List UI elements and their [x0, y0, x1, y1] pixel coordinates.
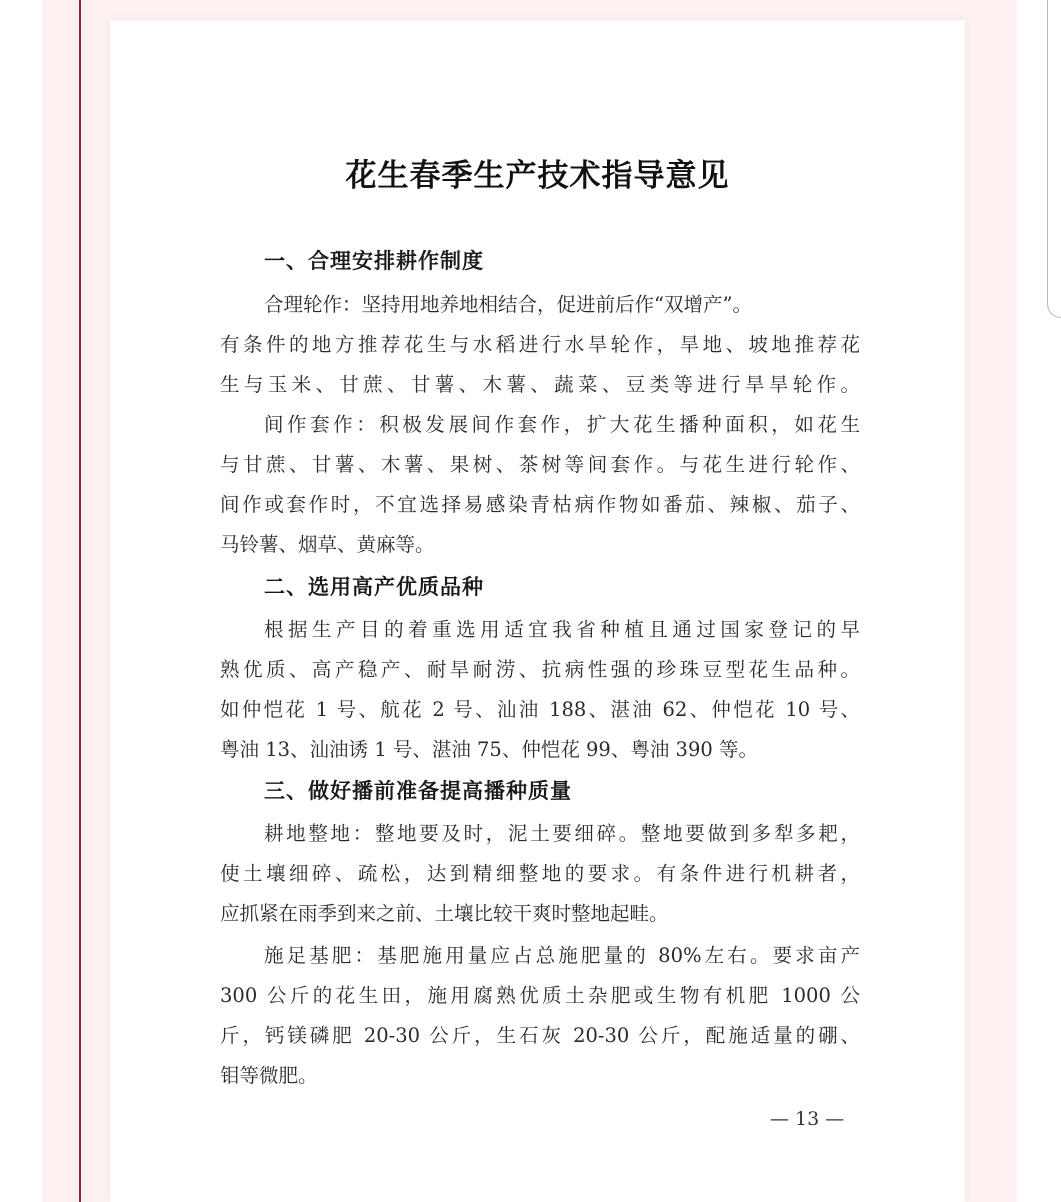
paragraph-line: 粤油 13、汕油诱 1 号、湛油 75、仲恺花 99、粤油 390 等。 — [220, 734, 860, 762]
paragraph-line: 间作或套作时，不宜选择易感染青枯病作物如番茄、辣椒、茄子、 — [220, 489, 860, 517]
paragraph-line: 如仲恺花 1 号、航花 2 号、汕油 188、湛油 62、仲恺花 10 号、 — [220, 694, 860, 722]
red-margin-rule — [79, 0, 81, 1202]
paragraph-line: 耕地整地：整地要及时，泥土要细碎。整地要做到多犁多耙， — [264, 818, 860, 846]
document-viewer: 花生春季生产技术指导意见 一、合理安排耕作制度 合理轮作：坚持用地养地相结合，促… — [0, 0, 1061, 1202]
paragraph-line: 300 公斤的花生田，施用腐熟优质土杂肥或生物有机肥 1000 公 — [220, 980, 860, 1008]
paragraph-line: 熟优质、高产稳产、耐旱耐涝、抗病性强的珍珠豆型花生品种。 — [220, 654, 860, 682]
paragraph-line: 施足基肥：基肥施用量应占总施肥量的 80%左右。要求亩产 — [264, 940, 860, 968]
page-number: — 13 — — [770, 1108, 844, 1130]
paragraph-line: 马铃薯、烟草、黄麻等。 — [220, 529, 860, 557]
paragraph-line: 使土壤细碎、疏松，达到精细整地的要求。有条件进行机耕者， — [220, 858, 860, 886]
section-heading-1: 一、合理安排耕作制度 — [264, 245, 484, 275]
paragraph-line: 间作套作：积极发展间作套作，扩大花生播种面积，如花生 — [264, 409, 860, 437]
paragraph-line: 应抓紧在雨季到来之前、土壤比较干爽时整地起畦。 — [220, 898, 860, 926]
scrollbar[interactable] — [1047, 0, 1061, 318]
paragraph-line: 根据生产目的着重选用适宜我省种植且通过国家登记的早 — [264, 614, 860, 642]
paragraph-line: 与甘蔗、甘薯、木薯、果树、茶树等间套作。与花生进行轮作、 — [220, 449, 860, 477]
paragraph-line: 合理轮作：坚持用地养地相结合，促进前后作“双增产”。 — [264, 289, 860, 317]
section-heading-3: 三、做好播前准备提高播种质量 — [264, 775, 572, 805]
paragraph-line: 生与玉米、甘蔗、甘薯、木薯、蔬菜、豆类等进行旱旱轮作。 — [220, 369, 860, 397]
document-title: 花生春季生产技术指导意见 — [110, 150, 965, 195]
paragraph-line: 有条件的地方推荐花生与水稻进行水旱轮作，旱地、坡地推荐花 — [220, 329, 860, 357]
paragraph-line: 钼等微肥。 — [220, 1060, 860, 1088]
section-heading-2: 二、选用高产优质品种 — [264, 571, 484, 601]
paragraph-line: 斤，钙镁磷肥 20-30 公斤，生石灰 20-30 公斤，配施适量的硼、 — [220, 1020, 860, 1048]
